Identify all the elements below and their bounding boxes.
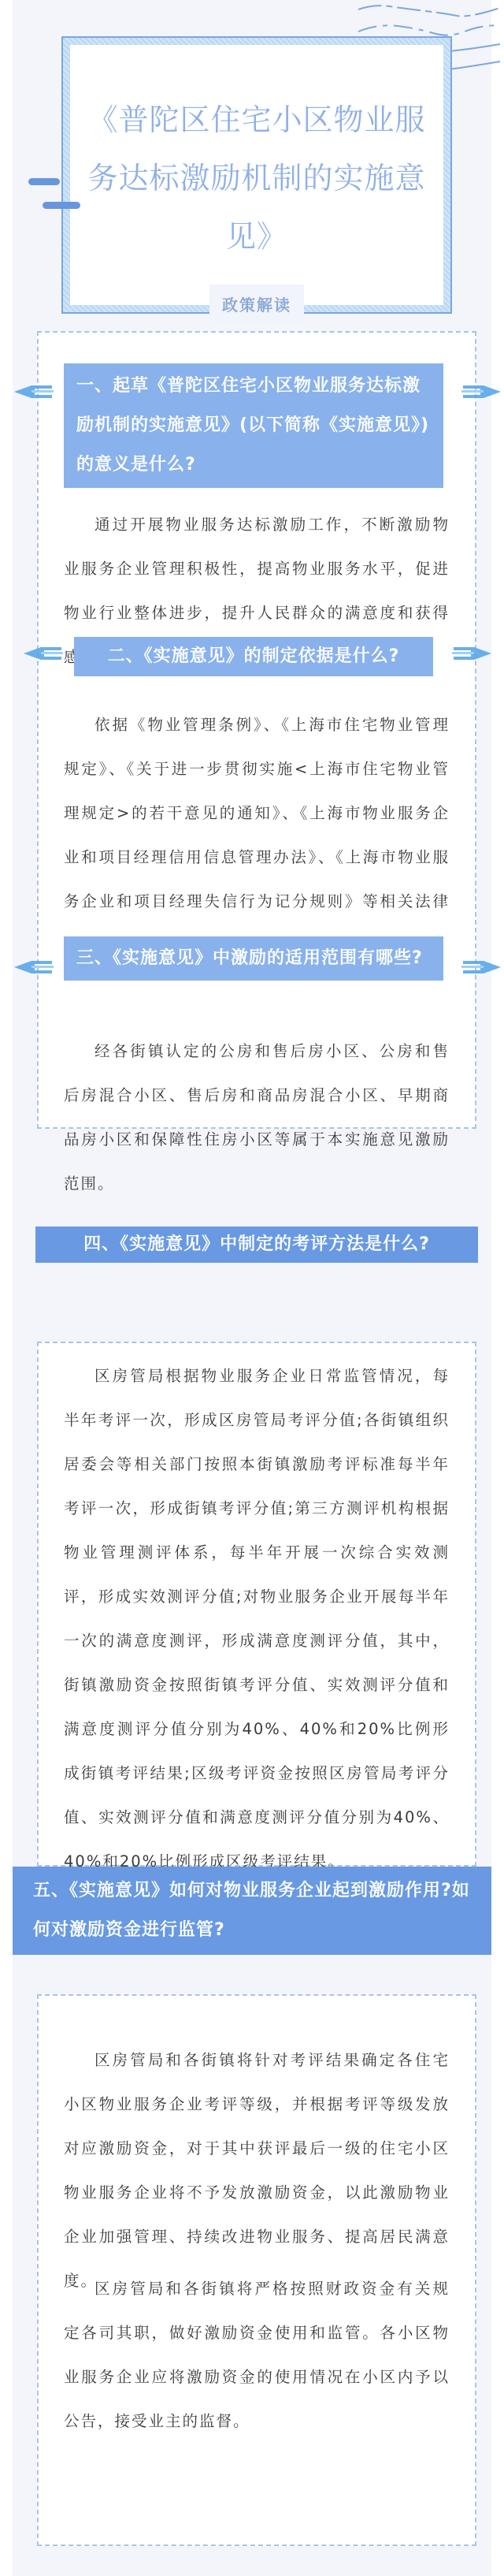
section-1-heading-text: 一、起草《普陀区住宅小区物业服务达标激励机制的实施意见》(以下简称《实施意见》)… <box>76 376 429 475</box>
section-3-paragraph: 经各街镇认定的公房和售后房小区、公房和售后房混合小区、售后房和商品房混合小区、早… <box>64 1029 450 1206</box>
arrow-left-decor-icon <box>458 378 502 405</box>
decorative-bar <box>43 202 80 209</box>
section-3-heading: 三、《实施意见》中激励的适用范围有哪些? <box>64 936 443 981</box>
page-title: 《普陀区住宅小区物业服务达标激励机制的实施意见》 <box>83 91 430 266</box>
category-tag: 政策解读 <box>209 285 304 323</box>
section-2-heading: 二、《实施意见》的制定依据是什么? <box>74 637 433 676</box>
arrow-right-decor-icon <box>22 640 66 667</box>
section-5-paragraph-1: 区房管局和各街镇将针对考评结果确定各住宅小区物业服务企业考评等级，并根据考评等级… <box>64 2038 450 2303</box>
arrow-right-decor-icon <box>13 954 57 981</box>
section-1-heading: 一、起草《普陀区住宅小区物业服务达标激励机制的实施意见》(以下简称《实施意见》)… <box>64 363 443 488</box>
section-4-heading: 四、《实施意见》中制定的考评方法是什么? <box>35 1227 478 1263</box>
section-5-paragraph-2: 区房管局和各街镇将严格按照财政资金有关规定各司其职，做好激励资金使用和监管。各小… <box>64 2267 450 2444</box>
section-2-paragraph: 依据《物业管理条例》、《上海市住宅物业管理规定》、《关于进一步贯彻实施<上海市住… <box>64 703 450 968</box>
section-4-paragraph: 区房管局根据物业服务企业日常监管情况，每半年考评一次，形成区房管局考评分值;各街… <box>64 1354 450 1884</box>
title-card: 《普陀区住宅小区物业服务达标激励机制的实施意见》 政策解读 <box>61 36 452 314</box>
section-5-heading: 五、《实施意见》如何对物业服务企业起到激励作用?如何对激励资金进行监管? <box>13 1867 491 1955</box>
arrow-left-decor-icon <box>458 954 502 981</box>
arrow-left-decor-icon <box>449 640 493 667</box>
decorative-bar <box>28 178 60 185</box>
arrow-right-decor-icon <box>13 378 57 405</box>
page: 《普陀区住宅小区物业服务达标激励机制的实施意见》 政策解读 一、起草《普陀区住宅… <box>0 0 504 2576</box>
